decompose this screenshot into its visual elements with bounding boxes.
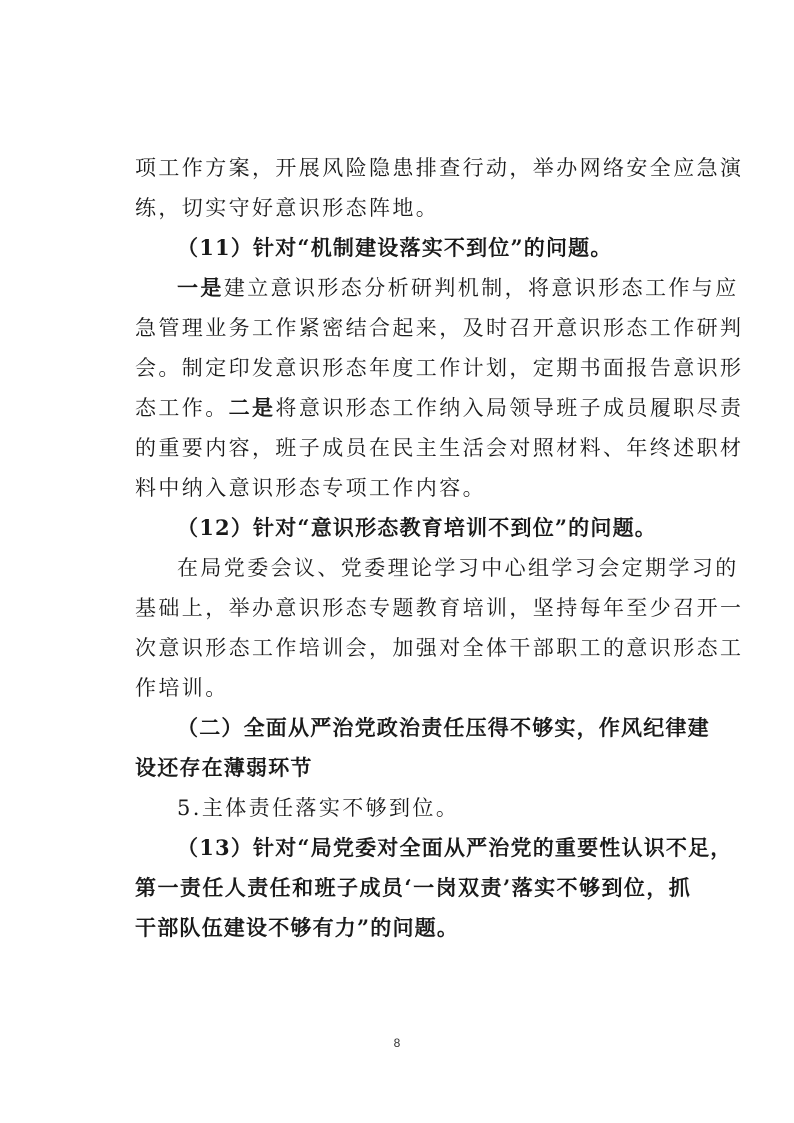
body-text-line: 急管理业务工作紧密结合起来，及时召开意识形态工作研判 — [135, 308, 691, 348]
body-text-line: 练，切实守好意识形态阵地。 — [135, 188, 691, 228]
body-text-line: 项工作方案，开展风险隐患排查行动，举办网络安全应急演 — [135, 148, 691, 188]
body-text-line: 作培训。 — [135, 668, 691, 708]
body-text-line: 一是建立意识形态分析研判机制，将意识形态工作与应 — [135, 268, 691, 308]
page-number: 8 — [0, 1036, 794, 1050]
section-heading-2: （二）全面从严治党政治责任压得不够实，作风纪律建 — [135, 708, 691, 748]
text: 将意识形态工作纳入局领导班子成员履职尽责 — [275, 396, 743, 420]
body-text-line: 会。制定印发意识形态年度工作计划，定期书面报告意识形 — [135, 348, 691, 388]
body-text-line: 料中纳入意识形态专项工作内容。 — [135, 468, 691, 508]
section-heading-13-cont: 第一责任人责任和班子成员‘一岗双责’落实不够到位，抓 — [135, 868, 691, 908]
section-heading-13: （13）针对“局党委对全面从严治党的重要性认识不足， — [135, 828, 691, 868]
body-text-line: 态工作。二是将意识形态工作纳入局领导班子成员履职尽责 — [135, 388, 691, 428]
document-page: 项工作方案，开展风险隐患排查行动，举办网络安全应急演 练，切实守好意识形态阵地。… — [135, 148, 691, 948]
body-text-line: 在局党委会议、党委理论学习中心组学习会定期学习的 — [135, 548, 691, 588]
body-text-line: 次意识形态工作培训会，加强对全体干部职工的意识形态工 — [135, 628, 691, 668]
body-text-line: 基础上，举办意识形态专题教育培训，坚持每年至少召开一 — [135, 588, 691, 628]
text: 建立意识形态分析研判机制，将意识形态工作与应 — [224, 276, 739, 300]
section-heading-13-cont: 干部队伍建设不够有力”的问题。 — [135, 908, 691, 948]
section-heading-2-cont: 设还存在薄弱环节 — [135, 748, 691, 788]
text: 态工作。 — [135, 396, 229, 420]
section-heading-11: （11）针对“机制建设落实不到位”的问题。 — [135, 228, 691, 268]
section-heading-12: （12）针对“意识形态教育培训不到位”的问题。 — [135, 508, 691, 548]
subsection-heading-5: 5.主体责任落实不够到位。 — [135, 788, 691, 828]
bold-lead: 一是 — [177, 275, 224, 300]
body-text-line: 的重要内容，班子成员在民主生活会对照材料、年终述职材 — [135, 428, 691, 468]
bold-lead: 二是 — [229, 395, 276, 420]
